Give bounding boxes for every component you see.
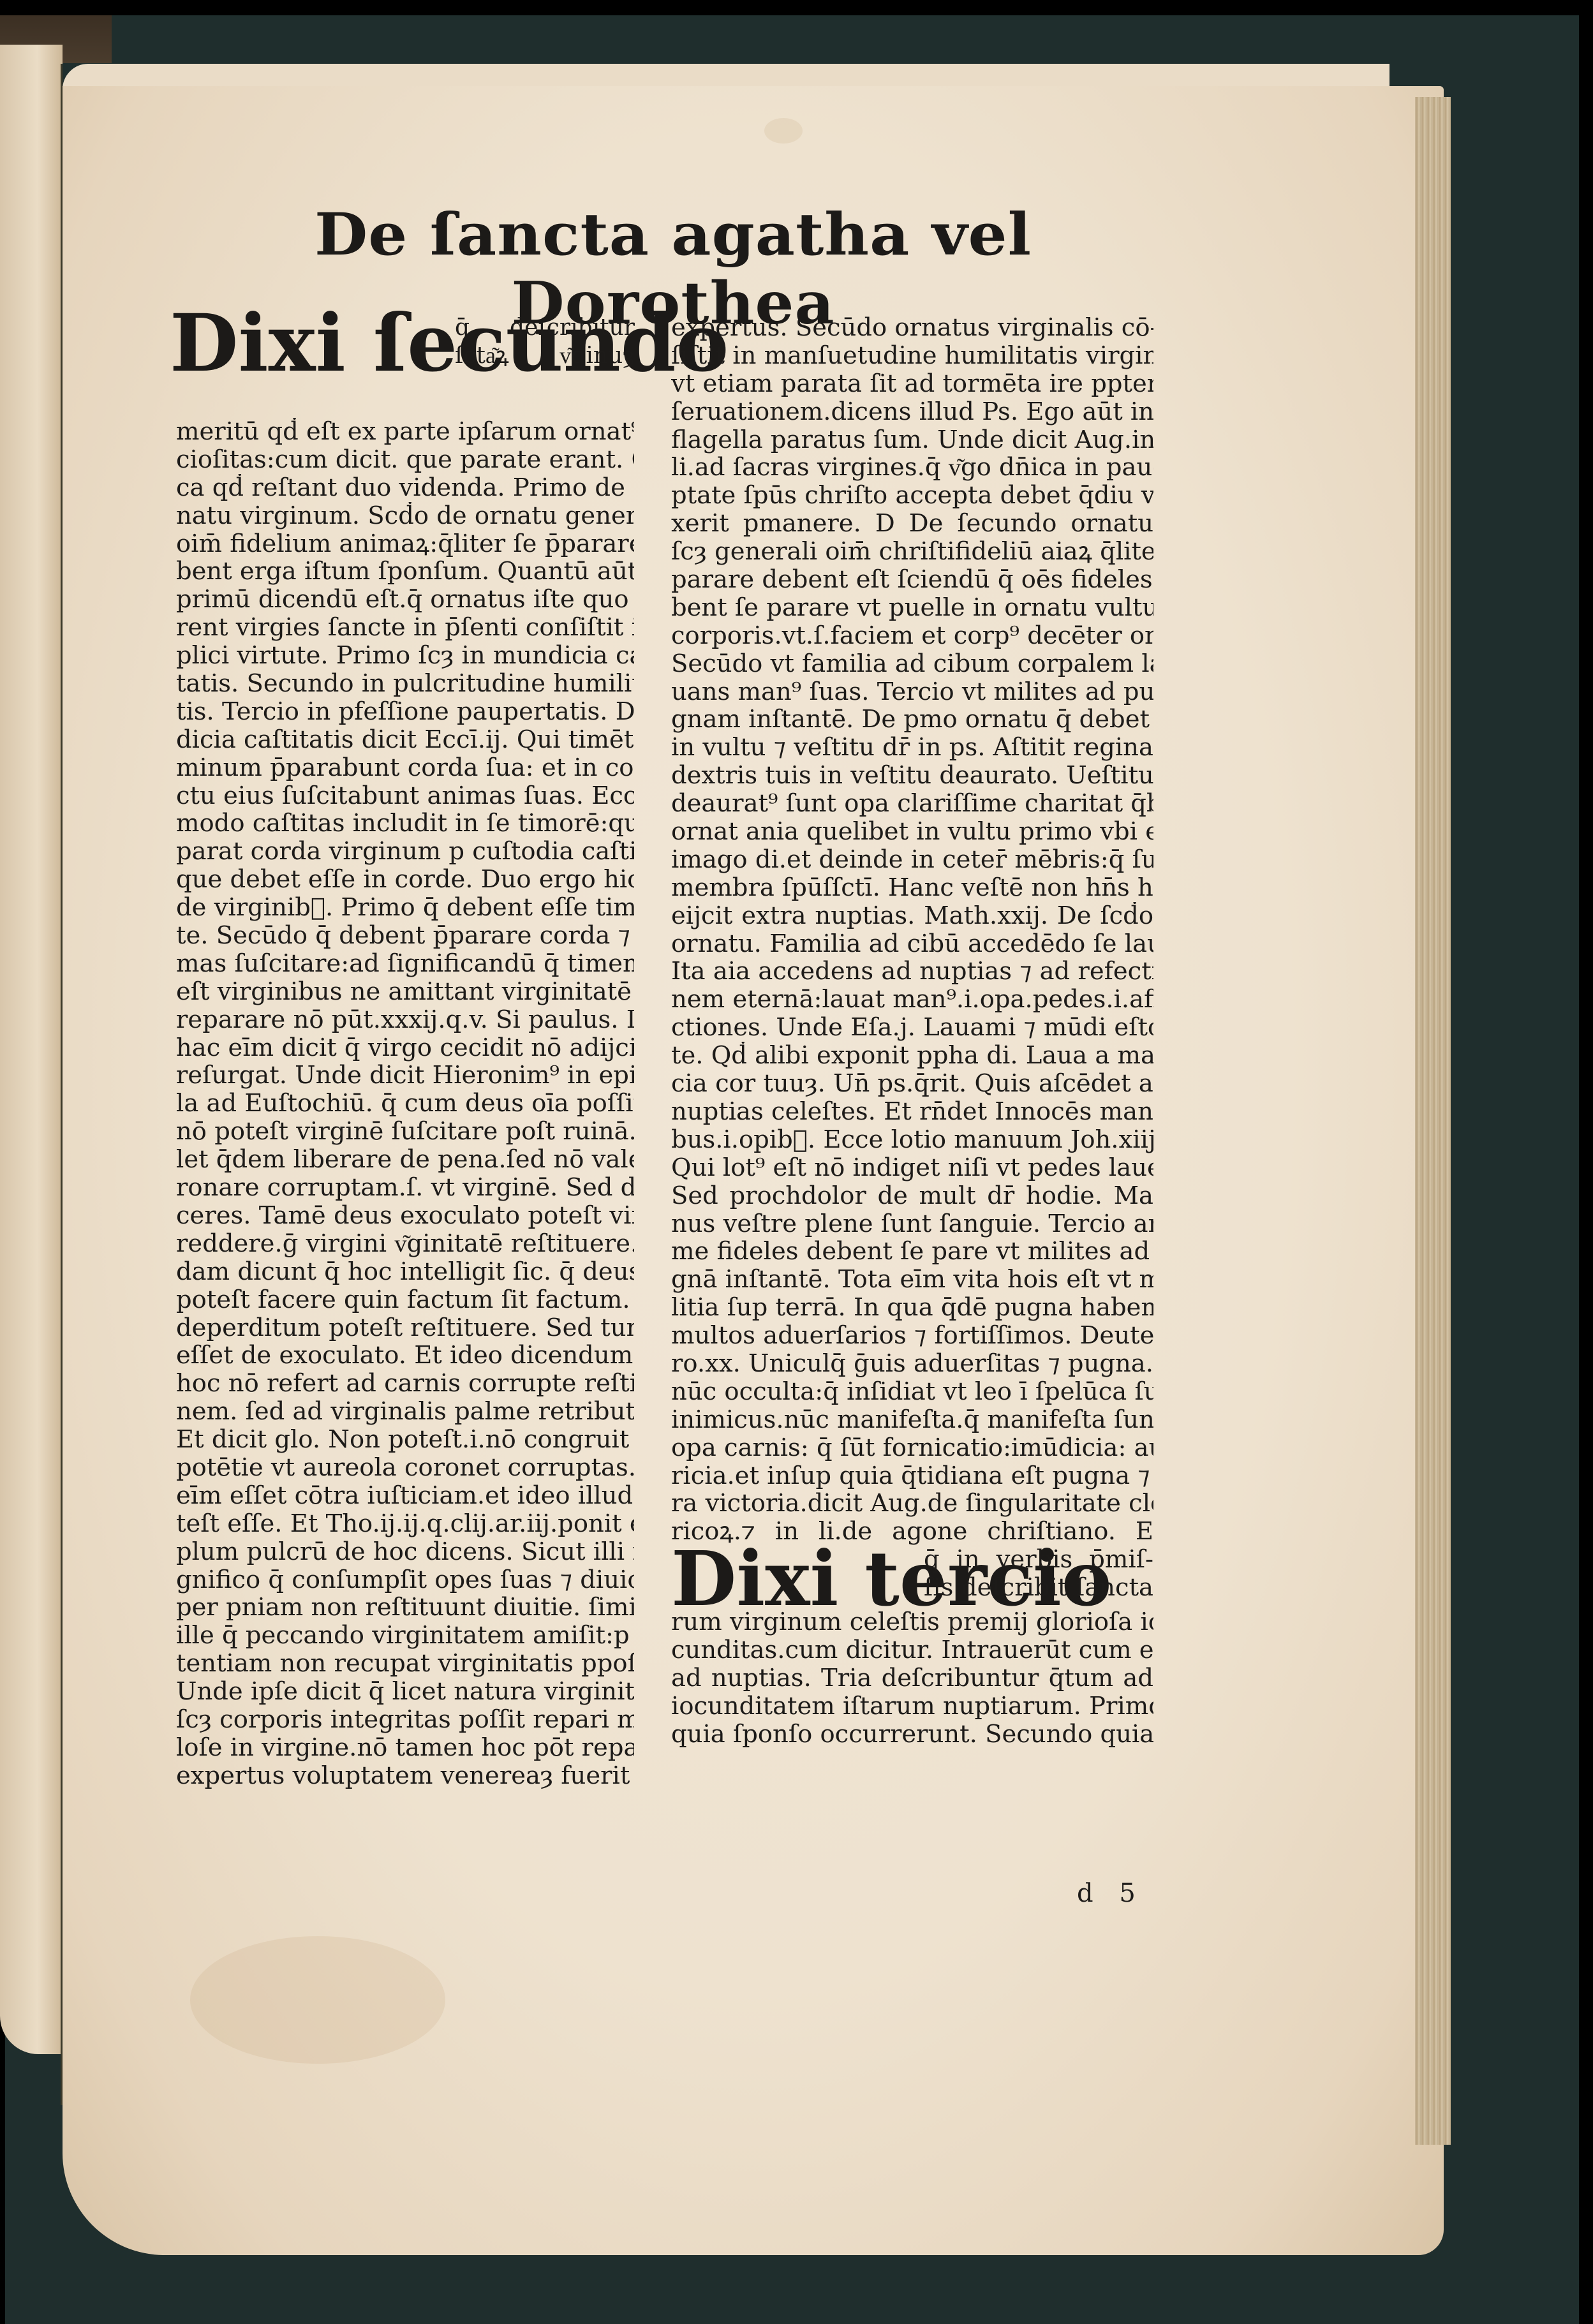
text-line: loſe in virgine.nō tamen hoc pōt repari … (176, 1734, 634, 1762)
text-line: expertus voluptatem venereaȝ fuerit non (176, 1762, 634, 1790)
facing-page-edge (0, 45, 63, 2054)
section-opening: Dixi ſecundo q̄ deſcribitur ſcta͂ꝝ v͂gin… (176, 359, 634, 467)
text-line: ro.xx. Uniculq̄ ḡuis aduerſitas ⁊ pugna. (671, 1350, 1153, 1378)
text-line: flagella paratus ſum. Unde dicit Aug.in (671, 426, 1153, 454)
text-line: corporis.vt.ſ.faciem et corp⁹ decēter or… (671, 622, 1153, 650)
text-line: rent virgies ſancte in p̄ſenti conſiſtit… (176, 614, 634, 642)
text-line: la ad Euſtochiū. q̄ cum deus oīa poſſit (176, 1090, 634, 1118)
text-line: gnam inſtantē. De pmo ornatu q̄ debet eē (671, 706, 1153, 734)
text-line: membra ſpūſſctī. Hanc veſtē non hn̄s hō (671, 874, 1153, 902)
text-line: Qui lot⁹ eſt nō indiget niſi vt pedes la… (671, 1154, 1153, 1182)
text-line: vt etiam parata ſit ad tormēta ire ppter… (671, 370, 1153, 398)
text-line: ille q̄ peccando virginitatem amiſit:p p… (176, 1622, 634, 1650)
text-line: ctu eius ſuſcitabunt animas ſuas. Ecce q… (176, 782, 634, 810)
text-line: litia ſup terrā. In qua q̄dē pugna habem… (671, 1294, 1153, 1322)
scan-border-right (1579, 0, 1593, 2324)
text-line: natu virginum. Scḋo de ornatu generalr (176, 502, 634, 530)
text-line: ſcta͂ꝝ v͂ginuȝ (455, 342, 635, 370)
text-line: Et dicit glo. Non poteſt.i.nō congruit e… (176, 1426, 634, 1454)
text-line: gnifico q̄ conſumpſit opes ſuas ⁊ diuici… (176, 1566, 634, 1594)
text-line: bus.i.opib᷒. Ecce lotio manuum Joh.xiij (671, 1126, 1153, 1154)
text-line: iocunditatem iſtarum nuptiarum. Primo (671, 1692, 1153, 1721)
text-line: ad nuptias. Tria deſcribuntur q̄tum ad (671, 1664, 1153, 1692)
left-text-column: Dixi ſecundo q̄ deſcribitur ſcta͂ꝝ v͂gin… (176, 359, 634, 1790)
text-line: hoc nō refert ad carnis corrupte reſtitu… (176, 1370, 634, 1398)
text-line: parat corda virginum p cuſtodia caſtitat… (176, 838, 634, 866)
text-line: ornatu. Familia ad cibū accedēdo ſe laua… (671, 930, 1153, 958)
section-opening: Dixi tercio q̄ in verbis p̄miſ- ſis deſc… (671, 1546, 1153, 1604)
text-line: let q̄dem liberare de pena.ſed nō valet … (176, 1146, 634, 1174)
text-line: cunditas.cum dicitur. Intrauerūt cum eo (671, 1636, 1153, 1664)
text-line: inimicus.nūc manifeſta.q̄ manifeſta ſunt (671, 1406, 1153, 1434)
left-column-body: meritū qḋ eſt ex parte ipſarum ornat⁹ ſp… (176, 418, 634, 1790)
text-line: eijcit extra nuptias. Math.xxij. De ſcḋo (671, 902, 1153, 930)
text-line: te. Secūdo q̄ debent p̄parare corda ⁊ an… (176, 922, 634, 950)
text-line: ſeruationem.dicens illud Ps. Ego aūt in (671, 398, 1153, 426)
text-line: primū dicendū eſt.q̄ ornatus iſte quo me… (176, 586, 634, 614)
text-line: Ita aia accedens ad nuptias ⁊ ad refecti… (671, 958, 1153, 986)
text-line: uans man⁹ ſuas. Tercio vt milites ad pu (671, 678, 1153, 706)
initial-side-text: q̄ deſcribitur ſcta͂ꝝ v͂ginuȝ (455, 314, 635, 370)
text-line: Unde ipſe dicit q̄ licet natura virginit… (176, 1678, 634, 1706)
text-line: ſis deſcribit ſancta (924, 1574, 1153, 1602)
text-line: gnā inſtantē. Tota eīm vita hois eſt vt … (671, 1266, 1153, 1294)
text-line: expertus. Secūdo ornatus virginalis cō- (671, 314, 1153, 342)
text-line: potētie vt aureola coronet corruptas. ho… (176, 1454, 634, 1482)
text-line: li.ad ſacras virgines.q̄ v͂go dn̄ica in … (671, 454, 1153, 482)
text-line: reſurgat. Unde dicit Hieronim⁹ in epiſto (176, 1062, 634, 1090)
text-line: ctiones. Unde Eſa.j. Lauami ⁊ mūdi eſto (671, 1014, 1153, 1042)
text-line: de virginib᷒. Primo q̄ debent eſſe timor… (176, 894, 634, 922)
text-line: te. Qḋ alibi exponit ppha di. Laua a mal… (671, 1042, 1153, 1070)
signature-mark: d 5 (1077, 1879, 1145, 1908)
text-line: Sed prochdolor de mult̄ dr̄ hodie. Ma (671, 1182, 1153, 1210)
text-line: eſt virginibus ne amittant virginitatē q… (176, 978, 634, 1006)
text-line: tentiam non recupat virginitatis ppoſitu… (176, 1650, 634, 1678)
text-line: q̄ deſcribitur (455, 314, 635, 342)
text-line: reparare nō pūt.xxxij.q.v. Si paulus. De (176, 1006, 634, 1034)
text-line: modo caſtitas includit in ſe timorē:qui … (176, 810, 634, 838)
text-line: poteſt facere quin factum ſit factum. ſe… (176, 1286, 634, 1314)
text-line: ſcȝ corporis integritas poſſit repari mi… (176, 1706, 634, 1734)
text-line: xerit pmanere. D De ſecundo ornatu (671, 510, 1153, 538)
text-line: ornat ania quelibet in vultu primo vbi e… (671, 818, 1153, 846)
text-line: per pniam non reſtituunt diuitie. ſimili… (176, 1594, 634, 1622)
text-line: eſſet de exoculato. Et ideo dicendum eſt… (176, 1342, 634, 1370)
text-line: deperditum poteſt reſtituere. Sed tunc i… (176, 1314, 634, 1342)
text-line: ſcȝ generali oim̄ chriſtifideliū aiaꝝ q̄… (671, 538, 1153, 566)
text-line: tatis. Secundo in pulcritudine humilita (176, 670, 634, 698)
text-line: ptate ſpūs chriſto accepta debet q̄diu v… (671, 482, 1153, 510)
text-line: multos aduerſarios ⁊ fortiſſimos. Deute- (671, 1322, 1153, 1350)
text-line: oim̄ fidelium animaꝝ:q̄liter ſe p̄parare… (176, 530, 634, 558)
paper-stain (764, 118, 803, 144)
text-line: reddere.ḡ virgini v͂ginitatē reſtituere.… (176, 1230, 634, 1258)
text-line: quia ſponſo occurrerunt. Secundo quia (671, 1721, 1153, 1749)
text-line: plum pulcrū de hoc dicens. Sicut illi ma (176, 1538, 634, 1566)
text-line: me fideles debent ſe pare vt milites ad … (671, 1238, 1153, 1266)
text-line: eīm eſſet cōtra iuſticiam.et ideo illud … (176, 1482, 634, 1510)
page-fore-edge (1415, 97, 1451, 2145)
text-line: q̄ in verbis p̄miſ- (924, 1546, 1153, 1574)
right-column-body-top: expertus. Secūdo ornatus virginalis cō-ſ… (671, 314, 1153, 1546)
text-line: Secūdo vt familia ad cibum corpalem la (671, 650, 1153, 678)
text-line: ronare corruptam.ſ. vt virginē. Sed di (176, 1174, 634, 1202)
text-line: nūc occulta:q̄ inſidiat vt leo ī ſpelūca… (671, 1378, 1153, 1406)
text-line: dextris tuis in veſtitu deaurato. Ueſtit… (671, 762, 1153, 790)
initial-side-text: q̄ in verbis p̄miſ- ſis deſcribit ſancta (924, 1546, 1153, 1602)
text-line: opa carnis: q̄ ſūt fornicatio:imūdicia: … (671, 1434, 1153, 1462)
text-line: plici virtute. Primo ſcȝ in mundicia caſ… (176, 642, 634, 670)
text-line: ceres. Tamē deus exoculato poteſt viſum (176, 1202, 634, 1230)
text-line: imago di.et deinde in ceter̄ mēbris:q̄ ſ… (671, 846, 1153, 874)
text-line: hac eīm dicit q̄ virgo cecidit nō adijci… (176, 1034, 634, 1062)
text-line: in vultu ⁊ veſtitu dr̄ in ps. Aſtitit re… (671, 734, 1153, 762)
text-line: bent ſe parare vt puelle in ornatu vultu… (671, 594, 1153, 622)
text-line: ricia.et inſup quia q̄tidiana eſt pugna … (671, 1462, 1153, 1490)
text-line: mas ſuſcitare:ad ſignificandū q̄ timendū (176, 950, 634, 978)
text-line: nuptias celeſtes. Et rn̄det Innocēs mani (671, 1098, 1153, 1126)
text-line: bent erga iſtum ſponſum. Quantū aūt ad (176, 558, 634, 586)
decorated-initial-heading: Dixi ſecundo (170, 302, 729, 385)
text-line: nem. ſed ad virginalis palme retribution… (176, 1398, 634, 1426)
right-text-column: expertus. Secūdo ornatus virginalis cō-ſ… (671, 314, 1153, 1749)
text-line: dam dicunt q̄ hoc intelligit ſic. q̄ deu… (176, 1258, 634, 1286)
text-line: ca qḋ reſtant duo videnda. Primo de or- (176, 474, 634, 502)
text-line: tis. Tercio in pfeſſione paupertatis. De… (176, 698, 634, 726)
text-line: nem eternā:lauat man⁹.i.opa.pedes.i.affe (671, 986, 1153, 1014)
text-line: cia cor tuuȝ. Un̄ ps.q̄rit. Quis aſcēdet… (671, 1070, 1153, 1098)
text-line: dicia caſtitatis dicit Eccī.ij. Qui timē… (176, 726, 634, 754)
text-line: ſiſtit in manſuetudine humilitatis virgi… (671, 342, 1153, 370)
paper-stain (190, 1936, 445, 2064)
text-line: parare debent eſt ſciendū q̄ oēs fideles… (671, 566, 1153, 594)
text-line: deaurat⁹ ſunt opa clariſſime charitat̄ q… (671, 790, 1153, 818)
text-line: nō poteſt virginē ſuſcitare poſt ruinā. … (176, 1118, 634, 1146)
scan-border-top (0, 0, 1593, 15)
text-line: que debet eſſe in corde. Duo ergo hic di… (176, 866, 634, 894)
text-line: ra victoria.dicit Aug.de ſingularitate c… (671, 1490, 1153, 1518)
text-line: minum p̄parabunt corda ſua: et in conſpe (176, 754, 634, 782)
text-line: nus veſtre plene ſunt ſanguie. Tercio an… (671, 1210, 1153, 1238)
right-column-body-bottom: rum virginum celeſtis premij glorioſa io… (671, 1608, 1153, 1748)
text-line: teſt eſſe. Et Tho.ij.ij.q.clij.ar.iij.po… (176, 1510, 634, 1538)
